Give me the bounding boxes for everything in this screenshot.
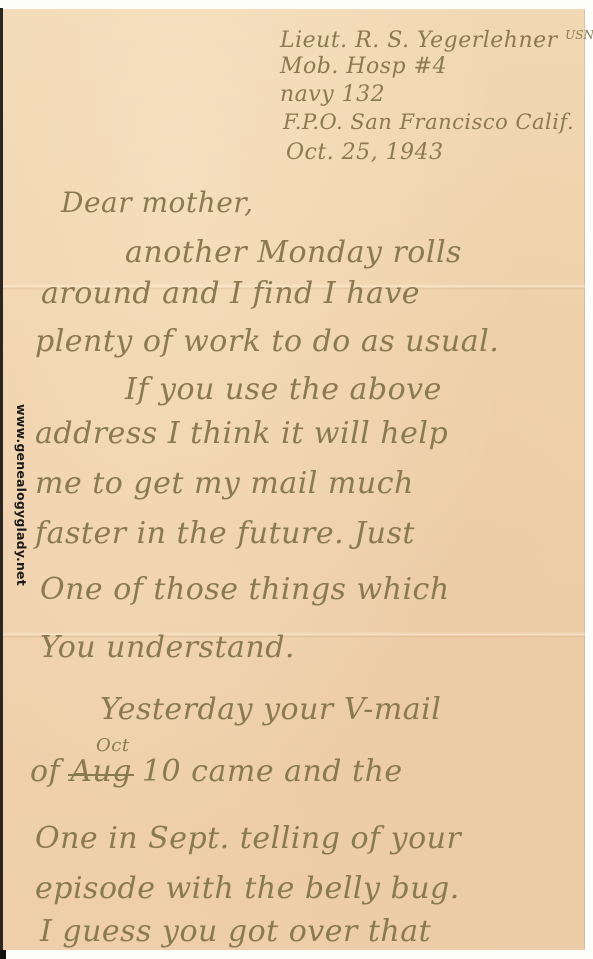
body-line-13: episode with the belly bug. [35,874,460,904]
body-line-4: If you use the above [125,375,442,405]
body-line-11: of Aug 10 came and the [30,757,403,787]
letter-paper: www.genealogyglady.net Lieut. R. S. Yege… [3,9,585,950]
body-line-12: One in Sept. telling of your [35,824,461,854]
body-line-6: me to get my mail much [35,469,414,499]
body-line-11-suffix: 10 came and the [142,754,403,789]
body-line-10: Yesterday your V-mail [100,695,441,725]
header-name: Lieut. R. S. Yegerlehner [280,28,558,53]
body-line-8: One of those things which [40,575,450,605]
header-navy-number: navy 132 [280,84,385,106]
body-line-5: address I think it will help [35,419,448,449]
body-line-14: I guess you got over that [40,917,431,947]
header-rank-suffix: USNR [565,28,593,42]
watermark-text: www.genealogyglady.net [14,404,29,586]
scanned-page: www.genealogyglady.net Lieut. R. S. Yege… [0,0,593,959]
scan-corner-mark [0,950,6,959]
letter-date: Oct. 25, 1943 [286,142,444,164]
body-line-3: plenty of work to do as usual. [35,327,499,357]
struck-word: Aug [70,757,132,787]
body-line-1: another Monday rolls [125,238,462,268]
body-line-2: around and I find I have [41,279,420,309]
header-name-line: Lieut. R. S. Yegerlehner USNR [280,29,593,52]
body-line-7: faster in the future. Just [35,519,415,549]
header-hospital: Mob. Hosp #4 [280,56,447,78]
salutation: Dear mother, [61,189,253,217]
header-fpo-address: F.P.O. San Francisco Calif. [283,112,574,133]
inserted-correction: Oct [96,737,130,755]
body-line-9: You understand. [40,633,295,663]
body-line-11-prefix: of [30,754,60,789]
